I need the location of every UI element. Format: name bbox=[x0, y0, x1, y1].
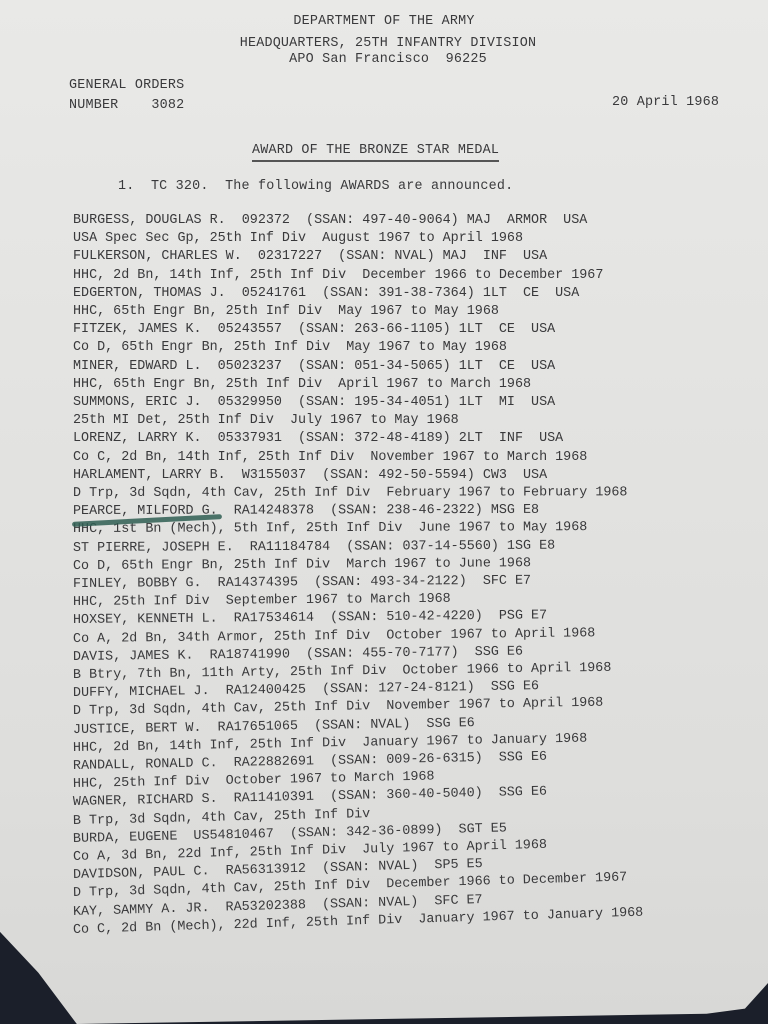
award-entry-name-line: SUMMONS, ERIC J. 05329950 (SSAN: 195-34-… bbox=[73, 395, 555, 410]
award-entry-name-line: HOXSEY, KENNETH L. RA17534614 (SSAN: 510… bbox=[73, 609, 547, 629]
document-page: DEPARTMENT OF THE ARMY HEADQUARTERS, 25T… bbox=[0, 0, 768, 1024]
award-entry-name-line: ST PIERRE, JOSEPH E. RA11184784 (SSAN: 0… bbox=[73, 538, 555, 555]
subject-heading: AWARD OF THE BRONZE STAR MEDAL bbox=[252, 143, 499, 162]
award-entry-name-line: DAVIS, JAMES K. RA18741990 (SSAN: 455-70… bbox=[73, 644, 523, 664]
award-entry-name-line: EDGERTON, THOMAS J. 05241761 (SSAN: 391-… bbox=[73, 286, 579, 301]
award-entry-unit-line: Co A, 2d Bn, 34th Armor, 25th Inf Div Oc… bbox=[73, 626, 595, 647]
award-entry-unit-line: Co C, 2d Bn, 14th Inf, 25th Inf Div Nove… bbox=[73, 450, 587, 465]
award-entry-name-line: PEARCE, MILFORD G. RA14248378 (SSAN: 238… bbox=[73, 503, 539, 519]
general-orders-label: GENERAL ORDERS bbox=[69, 78, 184, 93]
award-entry-unit-line: Co D, 65th Engr Bn, 25th Inf Div May 196… bbox=[73, 340, 507, 355]
award-entry-unit-line: USA Spec Sec Gp, 25th Inf Div August 196… bbox=[73, 231, 523, 246]
header-headquarters: HEADQUARTERS, 25TH INFANTRY DIVISION bbox=[8, 36, 768, 51]
header-apo: APO San Francisco 96225 bbox=[8, 52, 768, 67]
award-entry-unit-line: HHC, 1st Bn (Mech), 5th Inf, 25th Inf Di… bbox=[73, 521, 587, 538]
award-entry-unit-line: HHC, 65th Engr Bn, 25th Inf Div April 19… bbox=[73, 377, 531, 392]
award-entry-unit-line: 25th MI Det, 25th Inf Div July 1967 to M… bbox=[73, 413, 459, 428]
award-entry-unit-line: D Trp, 3d Sqdn, 4th Cav, 25th Inf Div Fe… bbox=[73, 485, 627, 501]
award-entry-name-line: FULKERSON, CHARLES W. 02317227 (SSAN: NV… bbox=[73, 249, 547, 264]
award-entry-name-line: FITZEK, JAMES K. 05243557 (SSAN: 263-66-… bbox=[73, 322, 555, 337]
award-entry-name-line: FINLEY, BOBBY G. RA14374395 (SSAN: 493-3… bbox=[73, 574, 531, 592]
order-number: NUMBER 3082 bbox=[69, 98, 184, 113]
order-date: 20 April 1968 bbox=[612, 95, 719, 110]
award-entry-name-line: HARLAMENT, LARRY B. W3155037 (SSAN: 492-… bbox=[73, 468, 547, 483]
award-entry-unit-line: HHC, 2d Bn, 14th Inf, 25th Inf Div Decem… bbox=[73, 268, 603, 283]
award-entry-name-line: BURGESS, DOUGLAS R. 092372 (SSAN: 497-40… bbox=[73, 213, 587, 228]
award-entry-name-line: LORENZ, LARRY K. 05337931 (SSAN: 372-48-… bbox=[73, 431, 563, 446]
award-entry-unit-line: HHC, 65th Engr Bn, 25th Inf Div May 1967… bbox=[73, 304, 499, 319]
award-entry-unit-line: HHC, 25th Inf Div September 1967 to Marc… bbox=[73, 592, 451, 610]
paragraph-intro: 1. TC 320. The following AWARDS are anno… bbox=[118, 179, 513, 194]
header-department: DEPARTMENT OF THE ARMY bbox=[0, 14, 768, 29]
award-entry-unit-line: Co D, 65th Engr Bn, 25th Inf Div March 1… bbox=[73, 556, 531, 574]
award-entry-name-line: MINER, EDWARD L. 05023237 (SSAN: 051-34-… bbox=[73, 359, 555, 374]
